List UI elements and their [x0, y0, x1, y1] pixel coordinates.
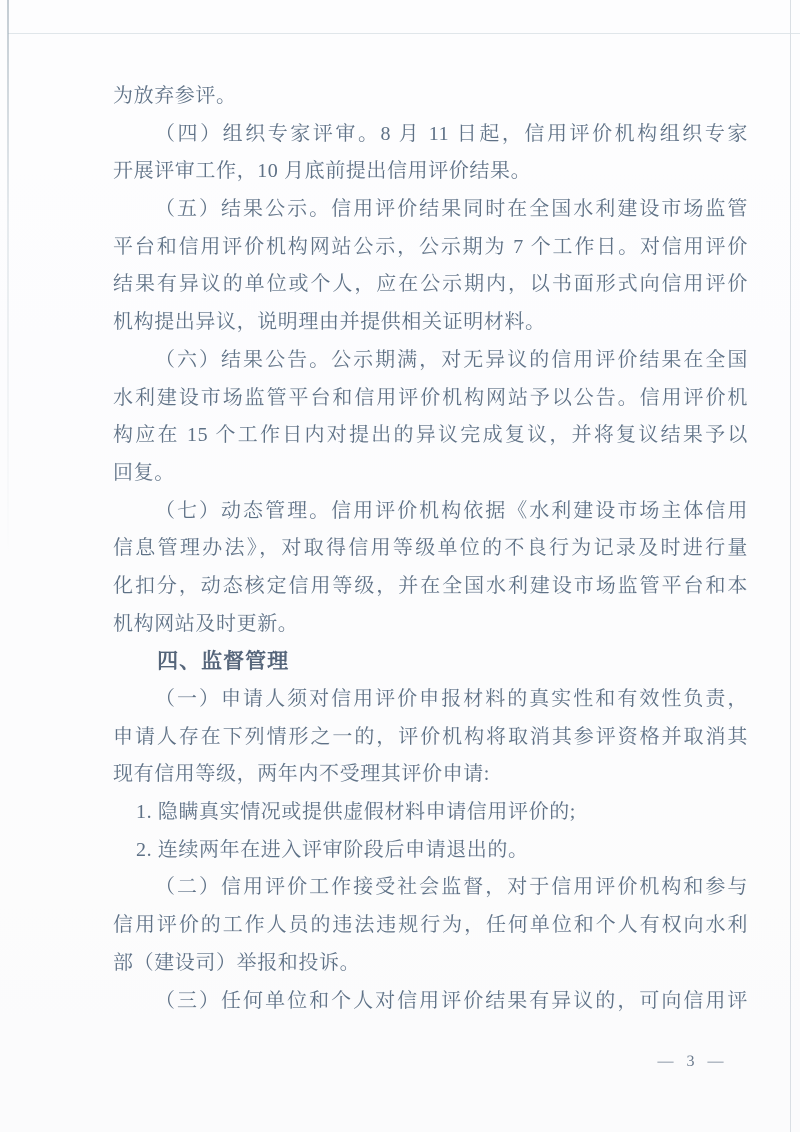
text-line: 1. 隐瞒真实情况或提供虚假材料申请信用评价的;: [113, 794, 748, 832]
text-line: 信用评价的工作人员的违法违规行为，任何单位和个人有权向水利: [113, 907, 748, 945]
section-heading: 四、监督管理: [113, 643, 748, 681]
text-line: （四）组织专家评审。8 月 11 日起，信用评价机构组织专家: [113, 116, 748, 154]
text-line: （七）动态管理。信用评价机构依据《水利建设市场主体信用: [113, 493, 748, 531]
text-line: 机构网站及时更新。: [113, 606, 748, 644]
text-line: 信息管理办法》，对取得信用等级单位的不良行为记录及时进行量: [113, 530, 748, 568]
text-line: 申请人存在下列情形之一的，评价机构将取消其参评资格并取消其: [113, 719, 748, 757]
text-line: 为放弃参评。: [113, 78, 748, 116]
scan-artifact-left-edge: [7, 0, 9, 560]
text-line: （一）申请人须对信用评价申报材料的真实性和有效性负责，: [113, 681, 748, 719]
text-line: 2. 连续两年在进入评审阶段后申请退出的。: [113, 832, 748, 870]
text-line: 结果有异议的单位或个人，应在公示期内，以书面形式向信用评价: [113, 266, 748, 304]
text-line: （五）结果公示。信用评价结果同时在全国水利建设市场监管: [113, 191, 748, 229]
document-body: 为放弃参评。 （四）组织专家评审。8 月 11 日起，信用评价机构组织专家 开展…: [113, 78, 748, 1020]
text-line: 构应在 15 个工作日内对提出的异议完成复议，并将复议结果予以: [113, 417, 748, 455]
text-line: 化扣分，动态核定信用等级，并在全国水利建设市场监管平台和本: [113, 568, 748, 606]
text-line: 水利建设市场监管平台和信用评价机构网站予以公告。信用评价机: [113, 380, 748, 418]
text-line: （三）任何单位和个人对信用评价结果有异议的，可向信用评: [113, 983, 748, 1021]
text-line: 机构提出异议，说明理由并提供相关证明材料。: [113, 304, 748, 342]
text-line: 现有信用等级，两年内不受理其评价申请:: [113, 756, 748, 794]
scan-artifact-top-line: [8, 33, 800, 34]
text-line: 回复。: [113, 455, 748, 493]
scan-artifact-right-edge: [790, 0, 791, 1132]
text-line: 平台和信用评价机构网站公示，公示期为 7 个工作日。对信用评价: [113, 229, 748, 267]
text-line: 开展评审工作，10 月底前提出信用评价结果。: [113, 153, 748, 191]
text-line: （六）结果公告。公示期满，对无异议的信用评价结果在全国: [113, 342, 748, 380]
text-line: （二）信用评价工作接受社会监督，对于信用评价机构和参与: [113, 869, 748, 907]
scanned-document-page: 为放弃参评。 （四）组织专家评审。8 月 11 日起，信用评价机构组织专家 开展…: [0, 0, 800, 1132]
page-number: — 3 —: [646, 1049, 736, 1075]
text-line: 部（建设司）举报和投诉。: [113, 945, 748, 983]
